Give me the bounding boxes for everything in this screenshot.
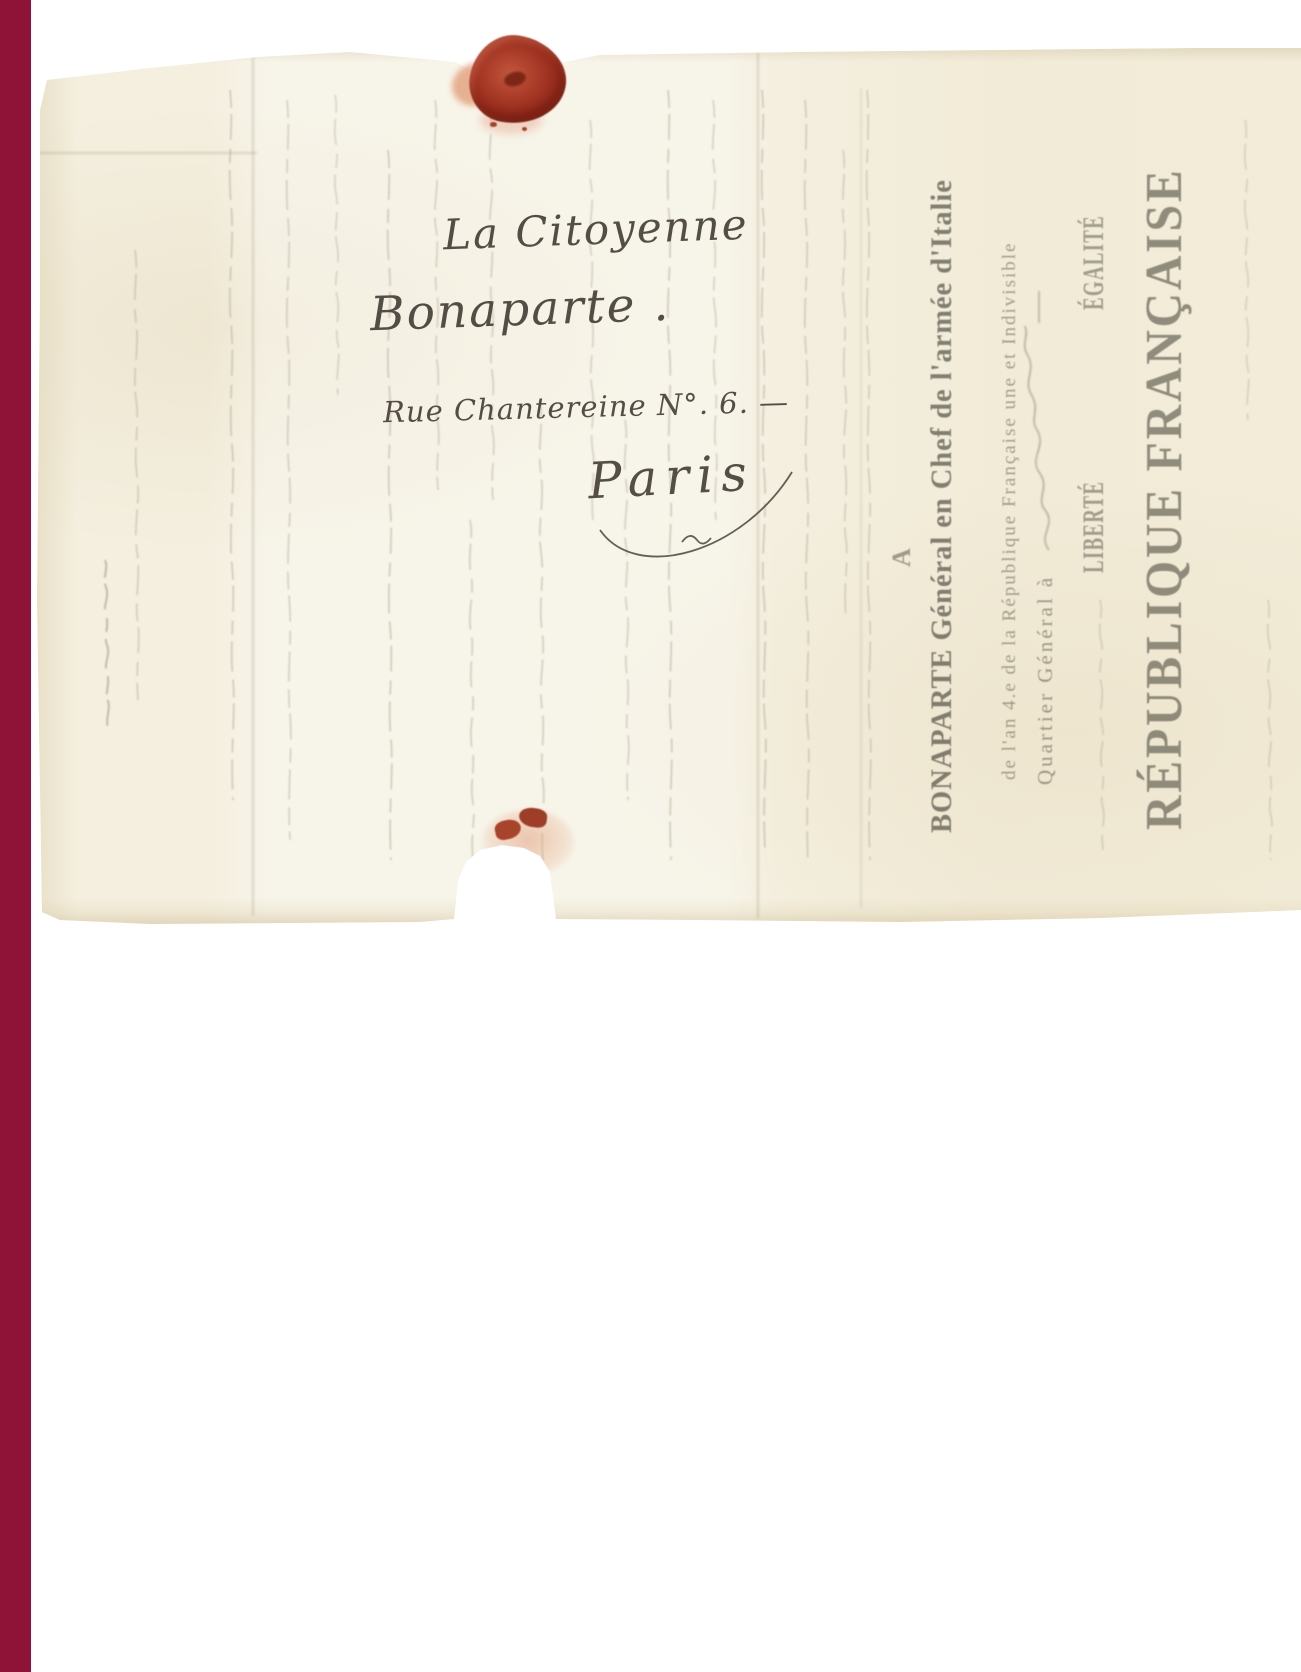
fold-crease-vertical-faint <box>860 88 862 908</box>
letterhead-motto-liberte: LIBERTÉ <box>1077 481 1111 573</box>
page: A BONAPARTE Général en Chef de l'armée d… <box>0 0 1301 1672</box>
wax-seal-crumb <box>522 127 527 131</box>
letterhead-year-line: de l'an 4.e de la République Française u… <box>999 242 1021 780</box>
letterhead-republic-title: RÉPUBLIQUE FRANÇAISE <box>1135 167 1194 830</box>
letter-scan: A BONAPARTE Général en Chef de l'armée d… <box>37 48 1301 924</box>
wax-seal-crumb <box>490 122 497 127</box>
fold-crease-vertical-left <box>252 56 254 916</box>
fold-crease-horizontal <box>37 152 257 154</box>
signature-flourish <box>542 468 842 603</box>
wax-seal <box>450 30 580 135</box>
letterhead-motto-egalite: ÉGALITÉ <box>1077 215 1111 310</box>
handwritten-place-entry <box>1023 285 1067 555</box>
printed-letterhead: A BONAPARTE Général en Chef de l'armée d… <box>885 70 1222 855</box>
letterhead-commander-line: BONAPARTE Général en Chef de l'armée d'I… <box>925 179 959 833</box>
letterhead-address-prefix: A <box>887 548 917 567</box>
left-accent-bar <box>0 0 31 1672</box>
letterhead-quartier-line: Quartier Général à <box>1033 575 1058 785</box>
address-recipient-name: Bonaparte . <box>369 277 671 342</box>
